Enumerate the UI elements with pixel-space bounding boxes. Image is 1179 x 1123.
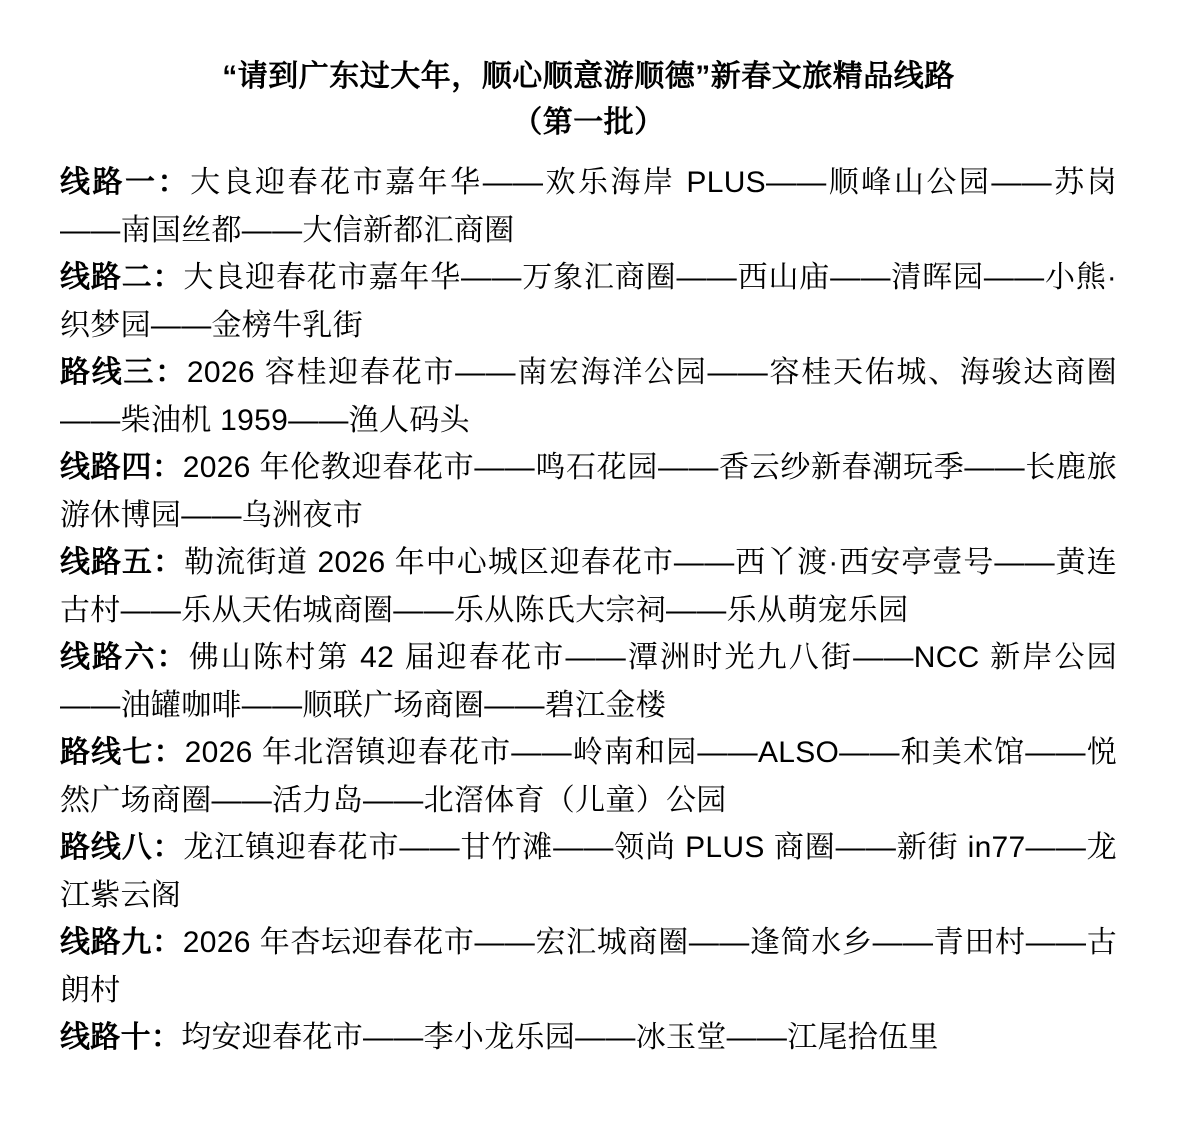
route-label: 路线八： bbox=[60, 831, 183, 864]
route-label: 线路一： bbox=[60, 166, 190, 199]
route-label: 线路四： bbox=[60, 451, 183, 484]
route-label: 线路五： bbox=[60, 546, 184, 579]
route-label: 线路六： bbox=[60, 641, 189, 674]
route-content: 大良迎春花市嘉年华——欢乐海岸 PLUS——顺峰山公园——苏岗——南国丝都——大… bbox=[60, 166, 1117, 247]
route-content: 2026 年北滘镇迎春花市——岭南和园——ALSO——和美术馆——悦然广场商圈—… bbox=[60, 736, 1117, 817]
document-page: “请到广东过大年，顺心顺意游顺德”新春文旅精品线路 （第一批） 线路一：大良迎春… bbox=[0, 0, 1179, 1123]
route-content: 均安迎春花市——李小龙乐园——冰玉堂——江尾拾伍里 bbox=[181, 1021, 939, 1054]
document-title: “请到广东过大年，顺心顺意游顺德”新春文旅精品线路 bbox=[60, 54, 1117, 100]
route-paragraph-10: 线路十：均安迎春花市——李小龙乐园——冰玉堂——江尾拾伍里 bbox=[60, 1014, 1117, 1062]
route-label: 路线七： bbox=[60, 736, 185, 769]
route-paragraph-9: 线路九：2026 年杏坛迎春花市——宏汇城商圈——逢简水乡——青田村——古朗村 bbox=[60, 919, 1117, 1014]
route-label: 线路十： bbox=[60, 1021, 181, 1054]
route-paragraph-5: 线路五：勒流街道 2026 年中心城区迎春花市——西丫渡·西安亭壹号——黄连古村… bbox=[60, 539, 1117, 634]
route-list: 线路一：大良迎春花市嘉年华——欢乐海岸 PLUS——顺峰山公园——苏岗——南国丝… bbox=[60, 159, 1117, 1062]
document-subtitle: （第一批） bbox=[60, 100, 1117, 146]
route-paragraph-7: 路线七：2026 年北滘镇迎春花市——岭南和园——ALSO——和美术馆——悦然广… bbox=[60, 729, 1117, 824]
route-content: 2026 容桂迎春花市——南宏海洋公园——容桂天佑城、海骏达商圈——柴油机 19… bbox=[60, 356, 1117, 437]
route-paragraph-4: 线路四：2026 年伦教迎春花市——鸣石花园——香云纱新春潮玩季——长鹿旅游休博… bbox=[60, 444, 1117, 539]
route-paragraph-2: 线路二：大良迎春花市嘉年华——万象汇商圈——西山庙——清晖园——小熊·织梦园——… bbox=[60, 254, 1117, 349]
route-label: 线路二： bbox=[60, 261, 183, 294]
route-content: 龙江镇迎春花市——甘竹滩——领尚 PLUS 商圈——新街 in77——龙江紫云阁 bbox=[60, 831, 1117, 912]
route-content: 大良迎春花市嘉年华——万象汇商圈——西山庙——清晖园——小熊·织梦园——金榜牛乳… bbox=[60, 261, 1117, 342]
route-content: 2026 年伦教迎春花市——鸣石花园——香云纱新春潮玩季——长鹿旅游休博园——乌… bbox=[60, 451, 1117, 532]
route-paragraph-6: 线路六：佛山陈村第 42 届迎春花市——潭洲时光九八街——NCC 新岸公园——油… bbox=[60, 634, 1117, 729]
route-content: 2026 年杏坛迎春花市——宏汇城商圈——逢简水乡——青田村——古朗村 bbox=[60, 926, 1117, 1007]
route-paragraph-1: 线路一：大良迎春花市嘉年华——欢乐海岸 PLUS——顺峰山公园——苏岗——南国丝… bbox=[60, 159, 1117, 254]
route-content: 勒流街道 2026 年中心城区迎春花市——西丫渡·西安亭壹号——黄连古村——乐从… bbox=[60, 546, 1117, 627]
route-label: 线路九： bbox=[60, 926, 183, 959]
route-paragraph-8: 路线八：龙江镇迎春花市——甘竹滩——领尚 PLUS 商圈——新街 in77——龙… bbox=[60, 824, 1117, 919]
route-paragraph-3: 路线三：2026 容桂迎春花市——南宏海洋公园——容桂天佑城、海骏达商圈——柴油… bbox=[60, 349, 1117, 444]
route-content: 佛山陈村第 42 届迎春花市——潭洲时光九八街——NCC 新岸公园——油罐咖啡—… bbox=[60, 641, 1117, 722]
route-label: 路线三： bbox=[60, 356, 187, 389]
